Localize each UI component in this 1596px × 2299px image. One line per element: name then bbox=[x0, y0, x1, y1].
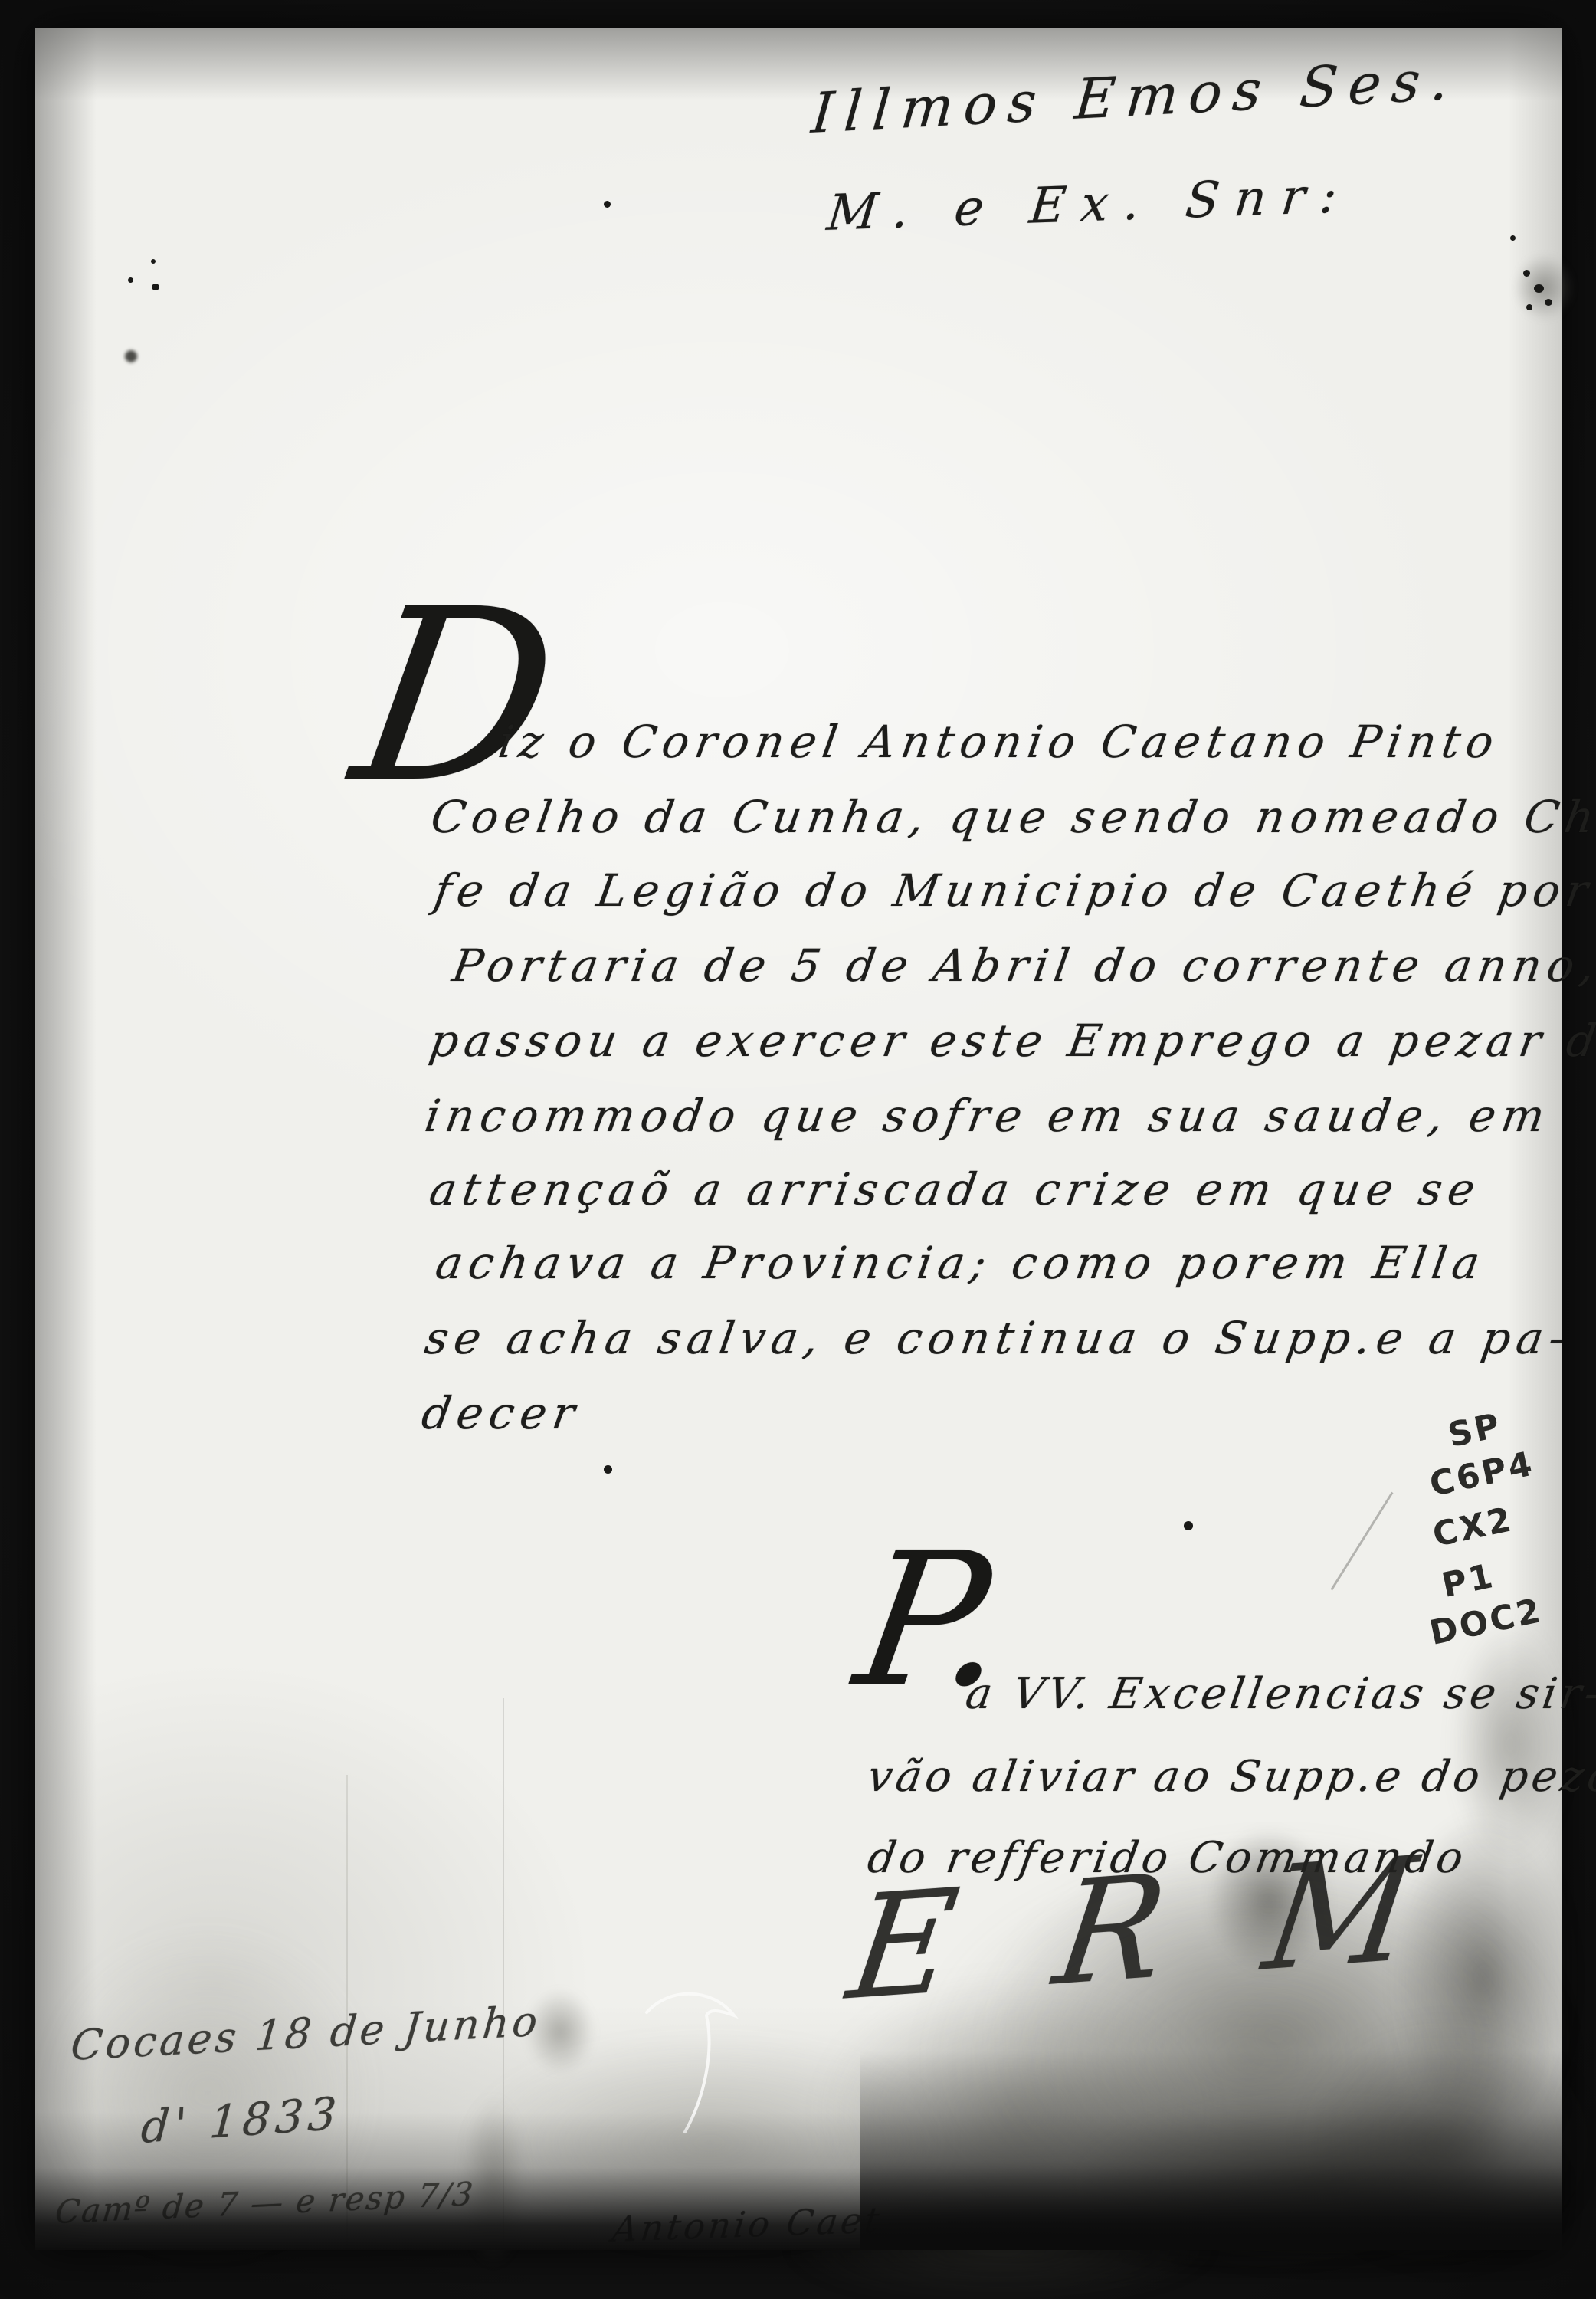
ink-speckle bbox=[1184, 1521, 1193, 1530]
petition-line-1: a VV. Excellencias se sir- bbox=[962, 1669, 1596, 1719]
body-line-6: incommodo que sofre em sua saude, em bbox=[421, 1090, 1555, 1142]
petition-line-2: vão aliviar ao Supp.e do pezo bbox=[864, 1752, 1596, 1802]
archival-mark-line-2: C6P4 bbox=[1426, 1444, 1537, 1504]
ink-speckle bbox=[1545, 299, 1552, 306]
paper-sheet: Illmos Emos Ses. M. e Ex. Snr: D iz o Co… bbox=[35, 28, 1562, 2250]
body-line-10: decer bbox=[418, 1387, 585, 1439]
archival-mark: SP C6P4 CX2 P1 DOC2 bbox=[1434, 1416, 1595, 1677]
ink-speckle bbox=[1534, 284, 1544, 293]
ink-speckle bbox=[1523, 270, 1530, 277]
body-line-2: Coelho da Cunha, que sendo nomeado Che- bbox=[428, 791, 1596, 843]
ink-speckle bbox=[604, 201, 611, 208]
ink-speckle bbox=[1510, 235, 1516, 241]
ink-speckle bbox=[151, 259, 156, 264]
archival-mark-line-1: SP bbox=[1444, 1406, 1505, 1455]
dateline-place: Cocaes 18 de Junho bbox=[69, 1997, 542, 2070]
ink-speckle bbox=[128, 277, 133, 283]
bottom-right-edge-shadow bbox=[860, 2051, 1562, 2250]
archival-mark-line-5: DOC2 bbox=[1426, 1591, 1545, 1653]
body-line-1: iz o Coronel Antonio Caetano Pinto bbox=[495, 716, 1503, 768]
body-line-7: attençaõ a arriscada crize em que se bbox=[426, 1163, 1485, 1215]
smudge-dot bbox=[125, 350, 137, 362]
body-line-9: se acha salva, e continua o Supp.e a pa- bbox=[421, 1312, 1575, 1364]
ink-speckle bbox=[152, 284, 159, 290]
ink-speckle bbox=[1526, 304, 1532, 310]
body-line-5: passou a exercer este Emprego a pezar do bbox=[426, 1015, 1596, 1067]
archival-mark-line-3: CX2 bbox=[1429, 1500, 1516, 1555]
salutation-line-1: Illmos Emos Ses. bbox=[809, 47, 1462, 146]
salutation-line-2: M. e Ex. Snr: bbox=[824, 167, 1355, 242]
ink-speckle bbox=[604, 1465, 612, 1474]
body-line-3: fe da Legião do Municipio de Caethé por bbox=[431, 864, 1596, 917]
pencil-stroke bbox=[1330, 1492, 1393, 1591]
body-line-4: Portaria de 5 de Abril do corrente anno, bbox=[449, 940, 1596, 992]
archival-mark-line-4: P1 bbox=[1438, 1556, 1498, 1605]
body-line-8: achava a Provincia; como porem Ella bbox=[432, 1237, 1489, 1289]
